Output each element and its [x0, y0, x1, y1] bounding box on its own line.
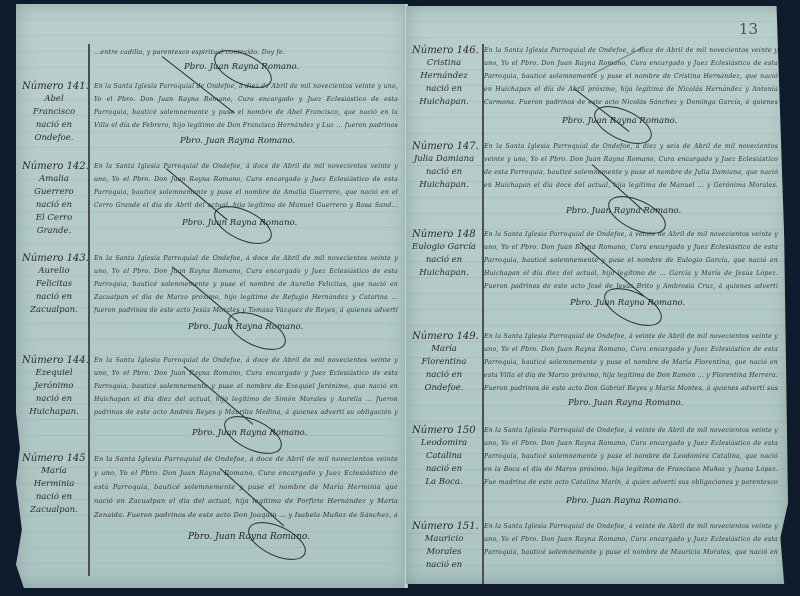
entry-number: Número 151.: [412, 520, 476, 533]
born-label: nació en: [22, 393, 86, 406]
birthplace: Ondefoe.: [22, 132, 86, 145]
born-label: nació en: [412, 463, 476, 476]
entry-number: Número 144.: [22, 354, 86, 367]
baptized-name: Julia Damiana: [412, 153, 476, 166]
born-label: nació en: [22, 491, 86, 504]
baptized-name: Aurelio Felicitas: [22, 265, 86, 291]
entry-text: En la Santa Iglesia Parroquial de Ondefo…: [94, 354, 398, 420]
born-label: nació en: [22, 119, 86, 132]
born-label: nació en: [22, 199, 86, 212]
baptized-name: Mauricio Morales: [412, 533, 476, 559]
born-label: nació en: [412, 166, 476, 179]
margin-note: Número 149. María Florentina nació en On…: [412, 330, 476, 395]
birthplace: Huichapan.: [412, 179, 476, 192]
entry-number: Número 149.: [412, 330, 476, 343]
margin-note: Número 143. Aurelio Felicitas nació en Z…: [22, 252, 86, 317]
margin-note: Número 146. Cristina Hernández nació en …: [412, 44, 476, 109]
margin-note: Número 145 María Herminia nació en Zacua…: [22, 452, 86, 517]
baptized-name: Cristina Hernández: [412, 57, 476, 83]
born-label: nació en: [412, 559, 476, 572]
signature: Pbro. Juan Rayna Romano.: [180, 136, 295, 146]
margin-note: Número 151. Mauricio Morales nació en: [412, 520, 476, 572]
entry-text: En la Santa Iglesia Parroquial de Ondefo…: [484, 424, 778, 490]
margin-note: Número 147. Julia Damiana nació en Huich…: [412, 140, 476, 192]
baptized-name: Leodomira Catalina: [412, 437, 476, 463]
birthplace: La Boca.: [412, 476, 476, 489]
right-page: 13 Número 146. Cristina Hernández nació …: [406, 6, 788, 584]
entry-number: Número 141.: [22, 80, 86, 93]
entry-number: Número 143.: [22, 252, 86, 265]
entry-number: Número 150: [412, 424, 476, 437]
entry-text: En la Santa Iglesia Parroquial de Ondefo…: [94, 452, 398, 520]
entry-text: En la Santa Iglesia Parroquial de Ondefo…: [484, 140, 778, 194]
birthplace: Zacualpan.: [22, 304, 86, 317]
margin-rule: [482, 44, 484, 584]
birthplace: Huichapan.: [412, 267, 476, 280]
birthplace: Huichapan.: [412, 96, 476, 109]
baptized-name: Eulogio García: [412, 241, 476, 254]
margin-rule: [88, 44, 90, 576]
margin-note: Número 150 Leodomira Catalina nació en L…: [412, 424, 476, 489]
entry-text: En la Santa Iglesia Parroquial de Ondefo…: [94, 252, 398, 318]
baptized-name: María Herminia: [22, 465, 86, 491]
born-label: nació en: [412, 83, 476, 96]
entry-text: En la Santa Iglesia Parroquial de Ondefo…: [94, 80, 398, 134]
left-page: …entre cadilla, y parentesco espiritual …: [16, 4, 408, 588]
entry-number: Número 145: [22, 452, 86, 465]
signature: Pbro. Juan Rayna Romano.: [568, 398, 683, 408]
entry-text: En la Santa Iglesia Parroquial de Ondefo…: [484, 330, 778, 396]
margin-note: Número 144. Ezequiel Jerónimo nació en H…: [22, 354, 86, 419]
entry-number: Número 146.: [412, 44, 476, 57]
baptized-name: Amalia Guerrero: [22, 173, 86, 199]
baptized-name: Abel Francisco: [22, 93, 86, 119]
birthplace: Huichapan.: [22, 406, 86, 419]
baptized-name: María Florentina: [412, 343, 476, 369]
entry-text: En la Santa Iglesia Parroquial de Ondefo…: [94, 160, 398, 214]
born-label: nació en: [412, 254, 476, 267]
birthplace: El Cerro Grande.: [22, 212, 86, 238]
entry-text: En la Santa Iglesia Parroquial de Ondefo…: [484, 520, 778, 560]
born-label: nació en: [412, 369, 476, 382]
signature: Pbro. Juan Rayna Romano.: [566, 496, 681, 506]
entry-number: Número 142.: [22, 160, 86, 173]
margin-note: Número 141. Abel Francisco nació en Onde…: [22, 80, 86, 145]
entry-number: Número 148: [412, 228, 476, 241]
margin-note: Número 142. Amalia Guerrero nació en El …: [22, 160, 86, 238]
entry-number: Número 147.: [412, 140, 476, 153]
register-spread: …entre cadilla, y parentesco espiritual …: [0, 0, 800, 596]
margin-note: Número 148 Eulogio García nació en Huich…: [412, 228, 476, 280]
baptized-name: Ezequiel Jerónimo: [22, 367, 86, 393]
birthplace: Ondefoe.: [412, 382, 476, 395]
birthplace: Zacualpan.: [22, 504, 86, 517]
born-label: nació en: [22, 291, 86, 304]
page-number: 13: [739, 20, 758, 38]
